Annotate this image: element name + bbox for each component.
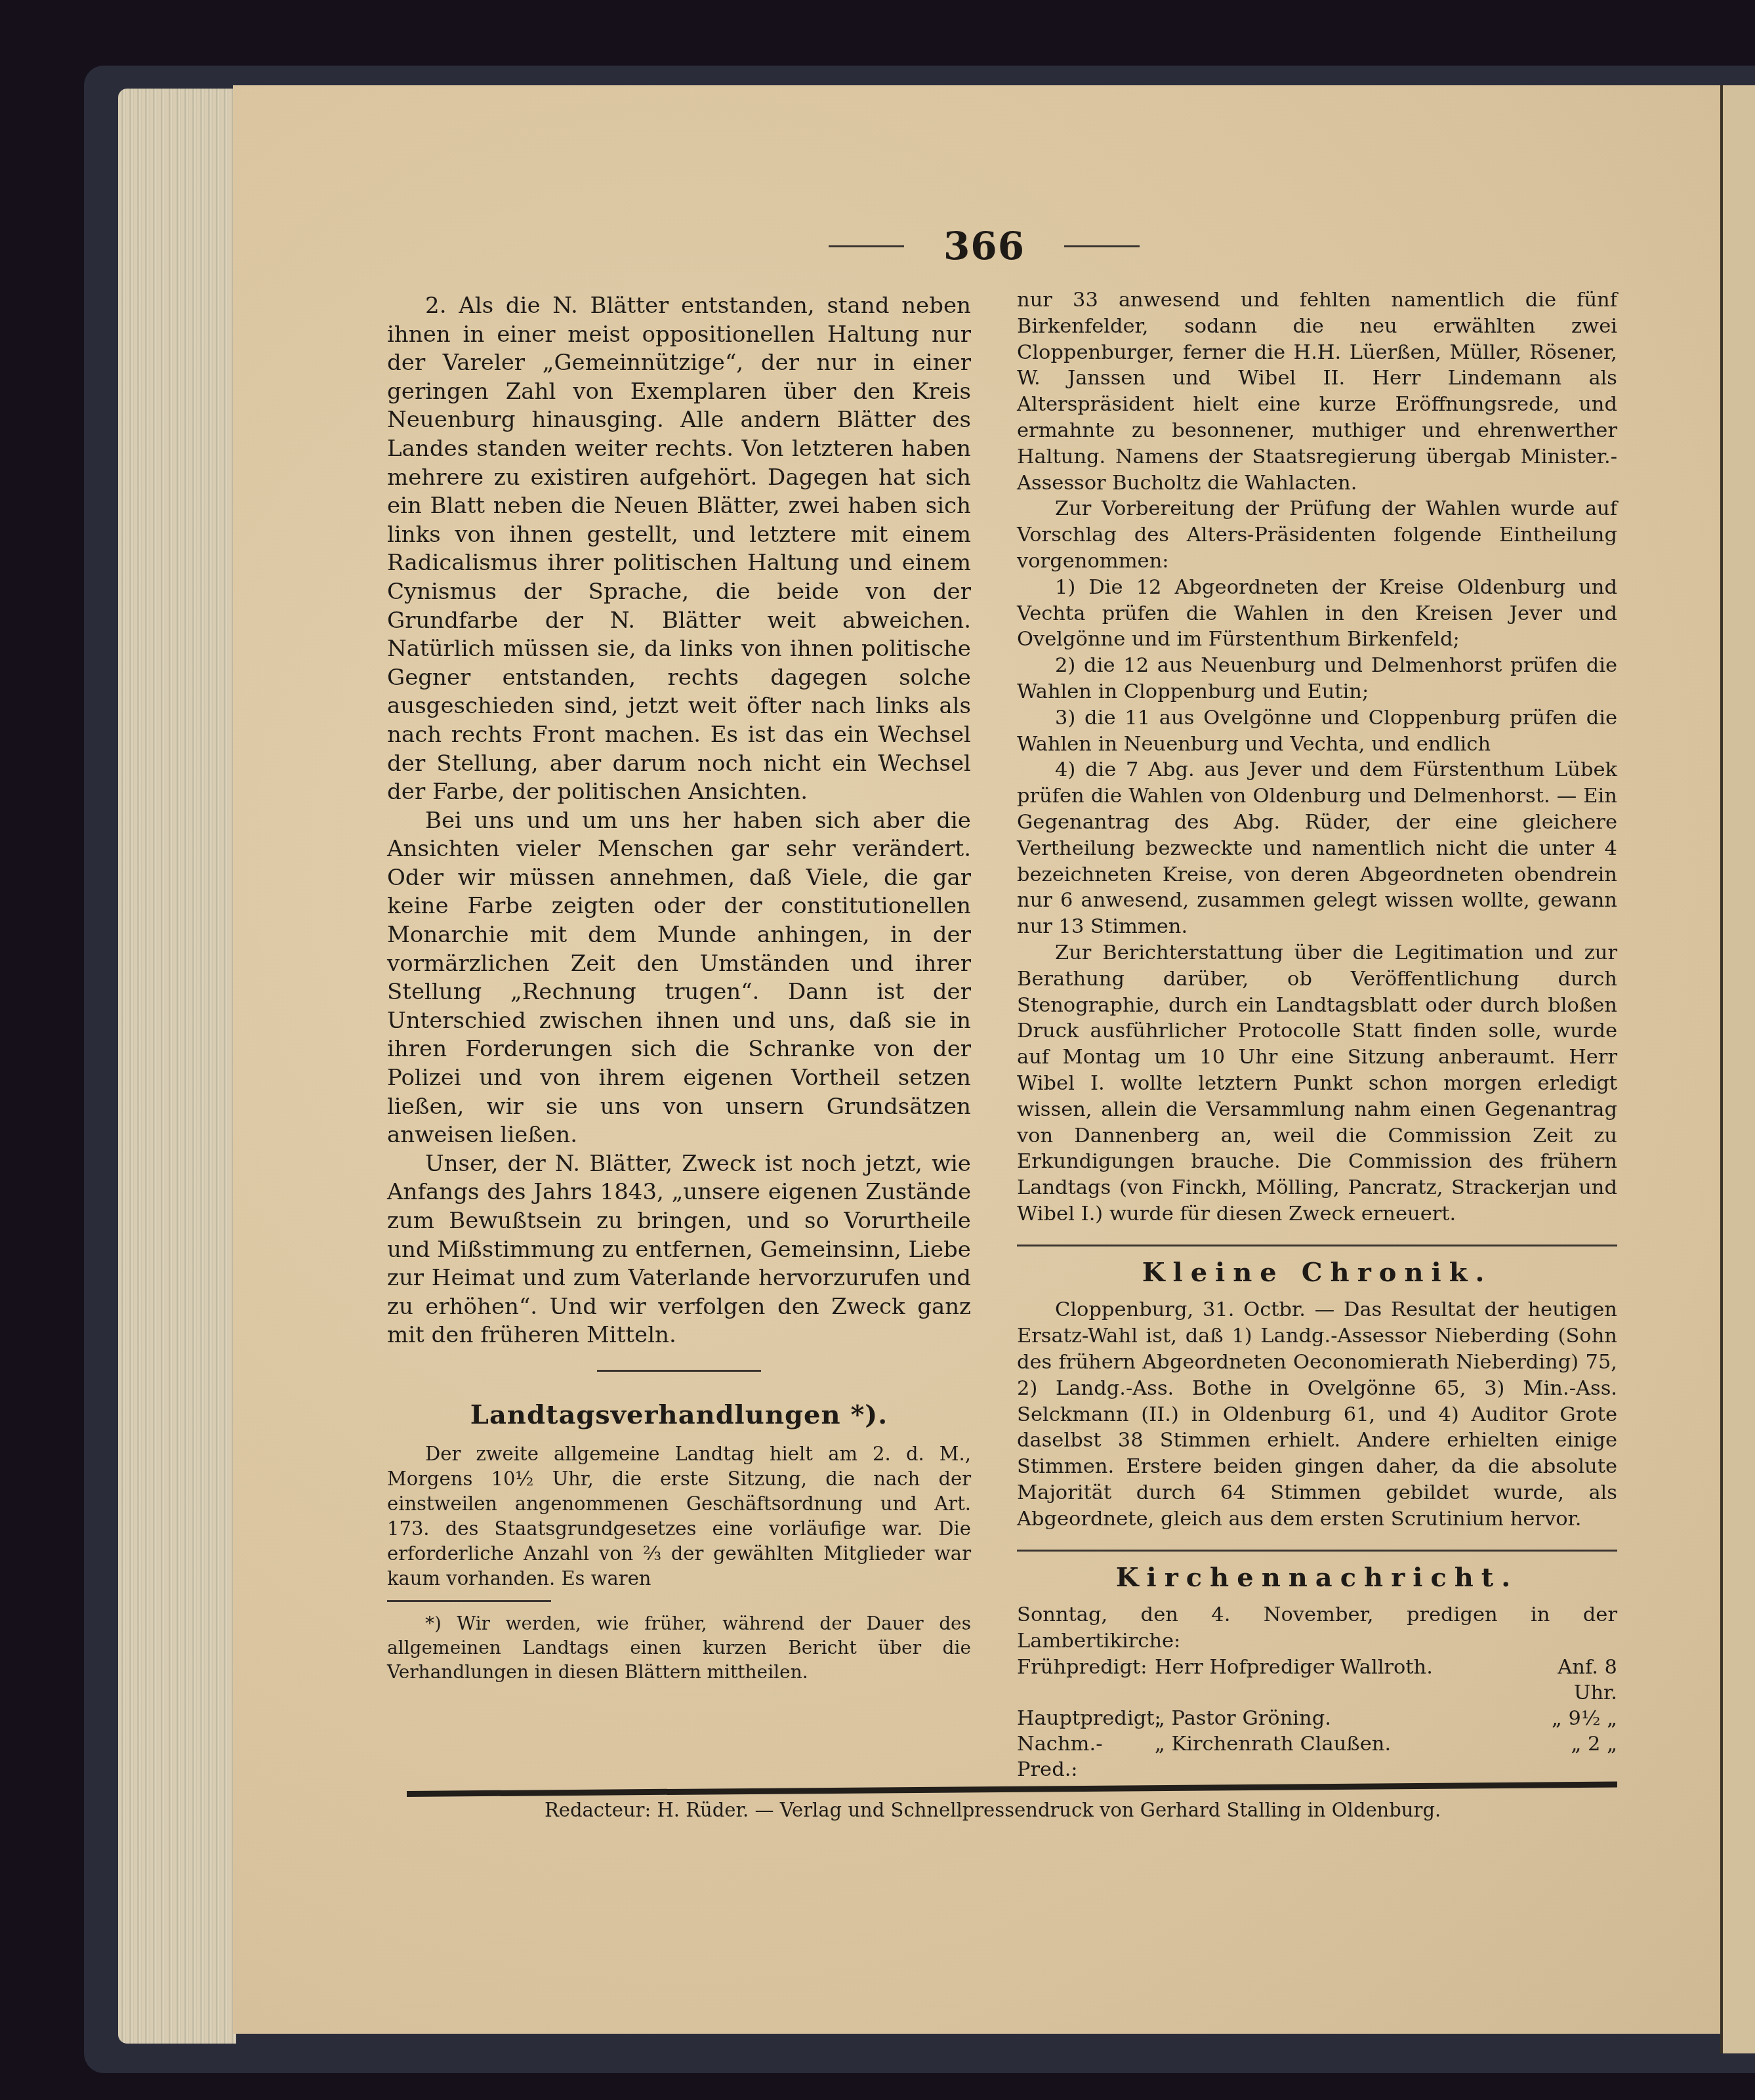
footnote: *) Wir werden, wie früher, während der D… — [387, 1611, 971, 1684]
sermon-preacher: „ Kirchenrath Claußen. — [1155, 1731, 1512, 1782]
sermon-preacher: Herr Hofprediger Wallroth. — [1155, 1655, 1512, 1706]
intro-paragraph: 2. Als die N. Blätter entstanden, stand … — [387, 292, 971, 807]
header-rule-right — [1064, 245, 1140, 247]
section-divider — [1017, 1550, 1617, 1552]
preparation-intro: Zur Vorbereitung der Prüfung der Wahlen … — [1017, 496, 1617, 574]
section-divider — [597, 1370, 761, 1372]
sermon-time: Anf. 8 Uhr. — [1512, 1655, 1617, 1706]
header-rule-left — [829, 245, 904, 247]
left-column: 2. Als die N. Blätter entstanden, stand … — [387, 292, 971, 1684]
landtag-paragraph: Der zweite allgemeine Landtag hielt am 2… — [387, 1441, 971, 1591]
continuation-paragraph: nur 33 anwesend und fehlten namentlich d… — [1017, 287, 1617, 496]
page-edges — [118, 89, 236, 2044]
section-heading-kirchen: Kirchennachricht. — [1017, 1565, 1617, 1591]
sermon-time: „ 9½ „ — [1512, 1706, 1617, 1731]
right-column: nur 33 anwesend und fehlten namentlich d… — [1017, 287, 1617, 1782]
paragraph-changed-views: Bei uns und um uns her haben sich aber d… — [387, 807, 971, 1150]
chronik-paragraph: Cloppenburg, 31. Octbr. — Das Resultat d… — [1017, 1297, 1617, 1532]
kirchen-intro: Sonntag, den 4. November, predigen in de… — [1017, 1602, 1617, 1655]
section-heading-landtag: Landtagsverhandlungen *). — [387, 1401, 971, 1430]
division-item: 1) Die 12 Abgeordneten der Kreise Oldenb… — [1017, 575, 1617, 653]
sermon-schedule: Frühpredigt: Herr Hofprediger Wallroth. … — [1017, 1655, 1617, 1782]
reporting-paragraph: Zur Berichterstattung über die Legitimat… — [1017, 940, 1617, 1227]
division-item: 4) die 7 Abg. aus Jever und dem Fürstent… — [1017, 757, 1617, 940]
division-item: 3) die 11 aus Ovelgönne und Cloppenburg … — [1017, 705, 1617, 758]
sermon-type: Nachm.-Pred.: — [1017, 1731, 1155, 1782]
adjacent-page-edge — [1723, 85, 1755, 2053]
section-divider — [1017, 1245, 1617, 1246]
page-number: 366 — [943, 224, 1025, 268]
sermon-type: Hauptpredigt: — [1017, 1706, 1155, 1731]
paragraph-purpose: Unser, der N. Blätter, Zweck ist noch je… — [387, 1150, 971, 1350]
imprint: Redacteur: H. Rüder. — Verlag und Schnel… — [545, 1799, 1463, 1821]
page-header: 366 — [787, 223, 1181, 269]
section-heading-chronik: Kleine Chronik. — [1017, 1260, 1617, 1286]
sermon-type: Frühpredigt: — [1017, 1655, 1155, 1706]
sermon-preacher: „ Pastor Gröning. — [1155, 1706, 1512, 1731]
division-item: 2) die 12 aus Neuenburg und Delmenhorst … — [1017, 653, 1617, 705]
footnote-rule — [387, 1600, 551, 1602]
sermon-time: „ 2 „ — [1512, 1731, 1617, 1782]
